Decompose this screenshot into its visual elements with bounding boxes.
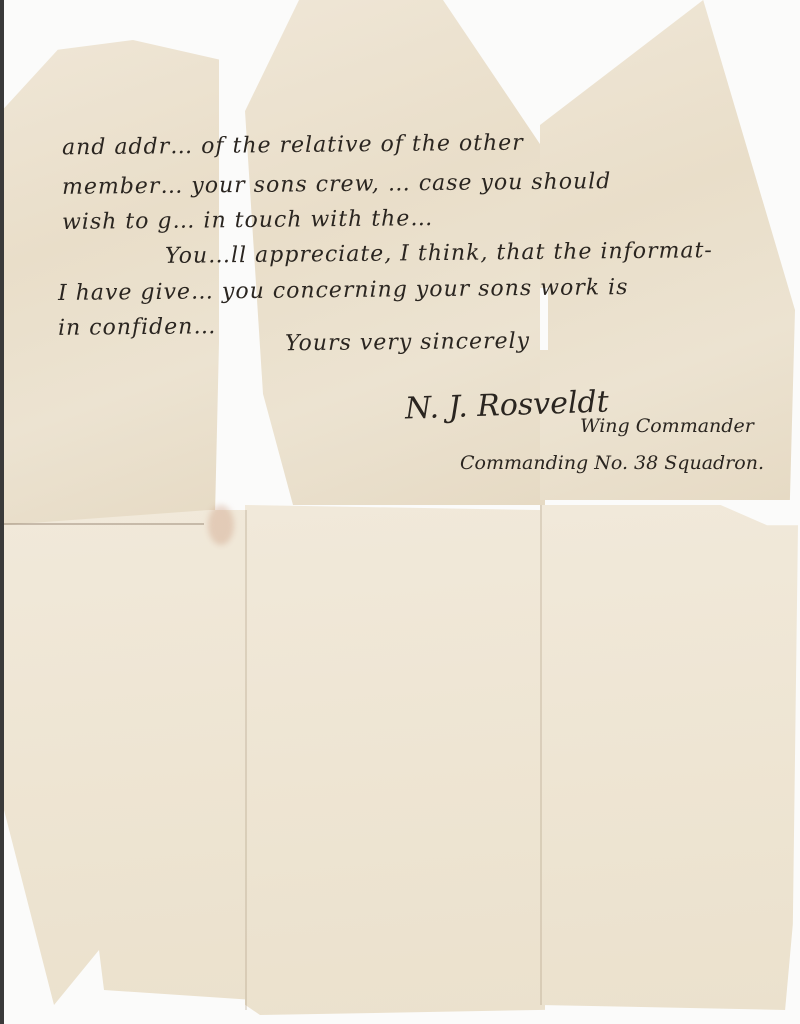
letter-closing: Yours very sincerely	[285, 329, 530, 357]
paper-fragment-bottom-middle	[245, 505, 545, 1015]
signatory-unit: Commanding No. 38 Squadron.	[460, 452, 764, 474]
fold-vertical	[245, 510, 247, 1010]
scan-edge	[0, 0, 4, 1024]
paper-fragment-bottom-left	[4, 510, 254, 1010]
paper-fragment-bottom-right	[540, 505, 798, 1010]
signatory-title: Wing Commander	[580, 415, 754, 437]
fold-vertical	[540, 505, 542, 1005]
stain	[208, 505, 234, 545]
letter-line-1: and addr… of the relative of the other	[62, 131, 524, 161]
letter-line-6: in confiden…	[58, 314, 217, 341]
signature: N. J. Rosveldt	[404, 384, 609, 426]
fold-horizontal	[4, 523, 204, 525]
letter-line-3: wish to g… in touch with the…	[62, 206, 434, 235]
